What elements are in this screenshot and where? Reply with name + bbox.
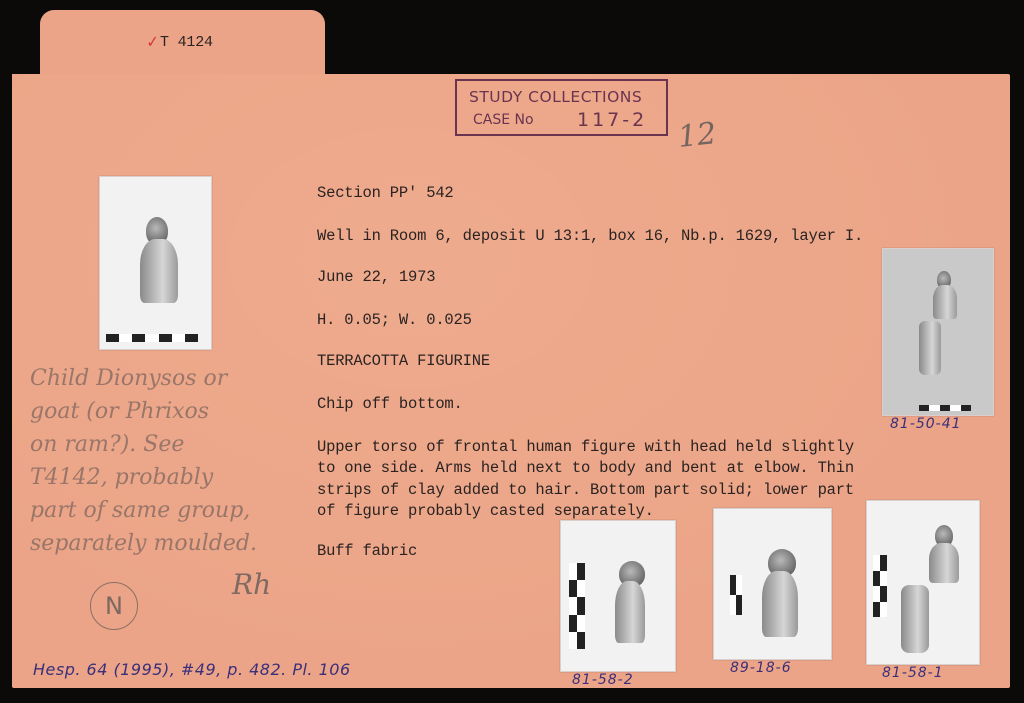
stamp-title: STUDY COLLECTIONS bbox=[469, 88, 642, 106]
figurine-lower-fragment bbox=[919, 321, 941, 375]
scale-bar bbox=[919, 405, 971, 411]
photo-label: 81-50-41 bbox=[890, 416, 962, 432]
stamp-case-number: 117-2 bbox=[577, 109, 647, 131]
bibliography-reference: Hesp. 64 (1995), #49, p. 482. Pl. 106 bbox=[33, 660, 351, 679]
figurine-upper-fragment bbox=[929, 543, 959, 583]
condition-line: Chip off bottom. bbox=[317, 395, 463, 413]
photo-label: 89-18-6 bbox=[730, 660, 792, 676]
photo-figurine-three-quarter bbox=[713, 508, 832, 660]
study-collections-stamp: STUDY COLLECTIONS CASE No 117-2 bbox=[455, 79, 668, 136]
photo-figurine-side bbox=[560, 520, 676, 672]
handwritten-note: Child Dionysos or goat (or Phrixos on ra… bbox=[30, 362, 300, 560]
photo-figurine-front bbox=[99, 176, 212, 350]
scale-bar bbox=[730, 575, 742, 615]
figurine-torso bbox=[140, 239, 178, 303]
figurine-upper-fragment bbox=[933, 285, 957, 319]
pencil-number: 12 bbox=[676, 116, 718, 155]
initials: Rh bbox=[232, 568, 271, 601]
description-line-1: Upper torso of frontal human figure with… bbox=[317, 438, 854, 456]
date-line: June 22, 1973 bbox=[317, 268, 435, 286]
findspot-line: Well in Room 6, deposit U 13:1, box 16, … bbox=[317, 227, 863, 245]
red-check-mark: ✓ bbox=[145, 31, 160, 51]
description-line-4: of figure probably casted separately. bbox=[317, 502, 654, 520]
scale-bar bbox=[569, 563, 585, 649]
scale-bar bbox=[873, 555, 887, 617]
figurine-lower-fragment bbox=[901, 585, 929, 653]
scale-bar bbox=[106, 334, 198, 342]
photo-label: 81-58-2 bbox=[572, 672, 634, 688]
dimensions-line: H. 0.05; W. 0.025 bbox=[317, 311, 472, 329]
photo-figurine-joined-fragments bbox=[866, 500, 980, 665]
description-line-2: to one side. Arms held next to body and … bbox=[317, 459, 854, 477]
figurine-body bbox=[615, 581, 645, 643]
section-line: Section PP' 542 bbox=[317, 184, 454, 202]
circled-letter: N bbox=[90, 582, 138, 630]
figurine-body bbox=[762, 571, 798, 637]
description-line-3: strips of clay added to hair. Bottom par… bbox=[317, 481, 854, 499]
photo-label: 81-58-1 bbox=[882, 665, 944, 681]
catalog-number: T 4124 bbox=[160, 34, 213, 51]
circled-letter-text: N bbox=[105, 592, 123, 620]
photo-figurine-two-fragments bbox=[882, 248, 994, 416]
stamp-case-label: CASE No bbox=[473, 112, 534, 128]
object-type-line: TERRACOTTA FIGURINE bbox=[317, 352, 490, 370]
fabric-line: Buff fabric bbox=[317, 542, 417, 560]
